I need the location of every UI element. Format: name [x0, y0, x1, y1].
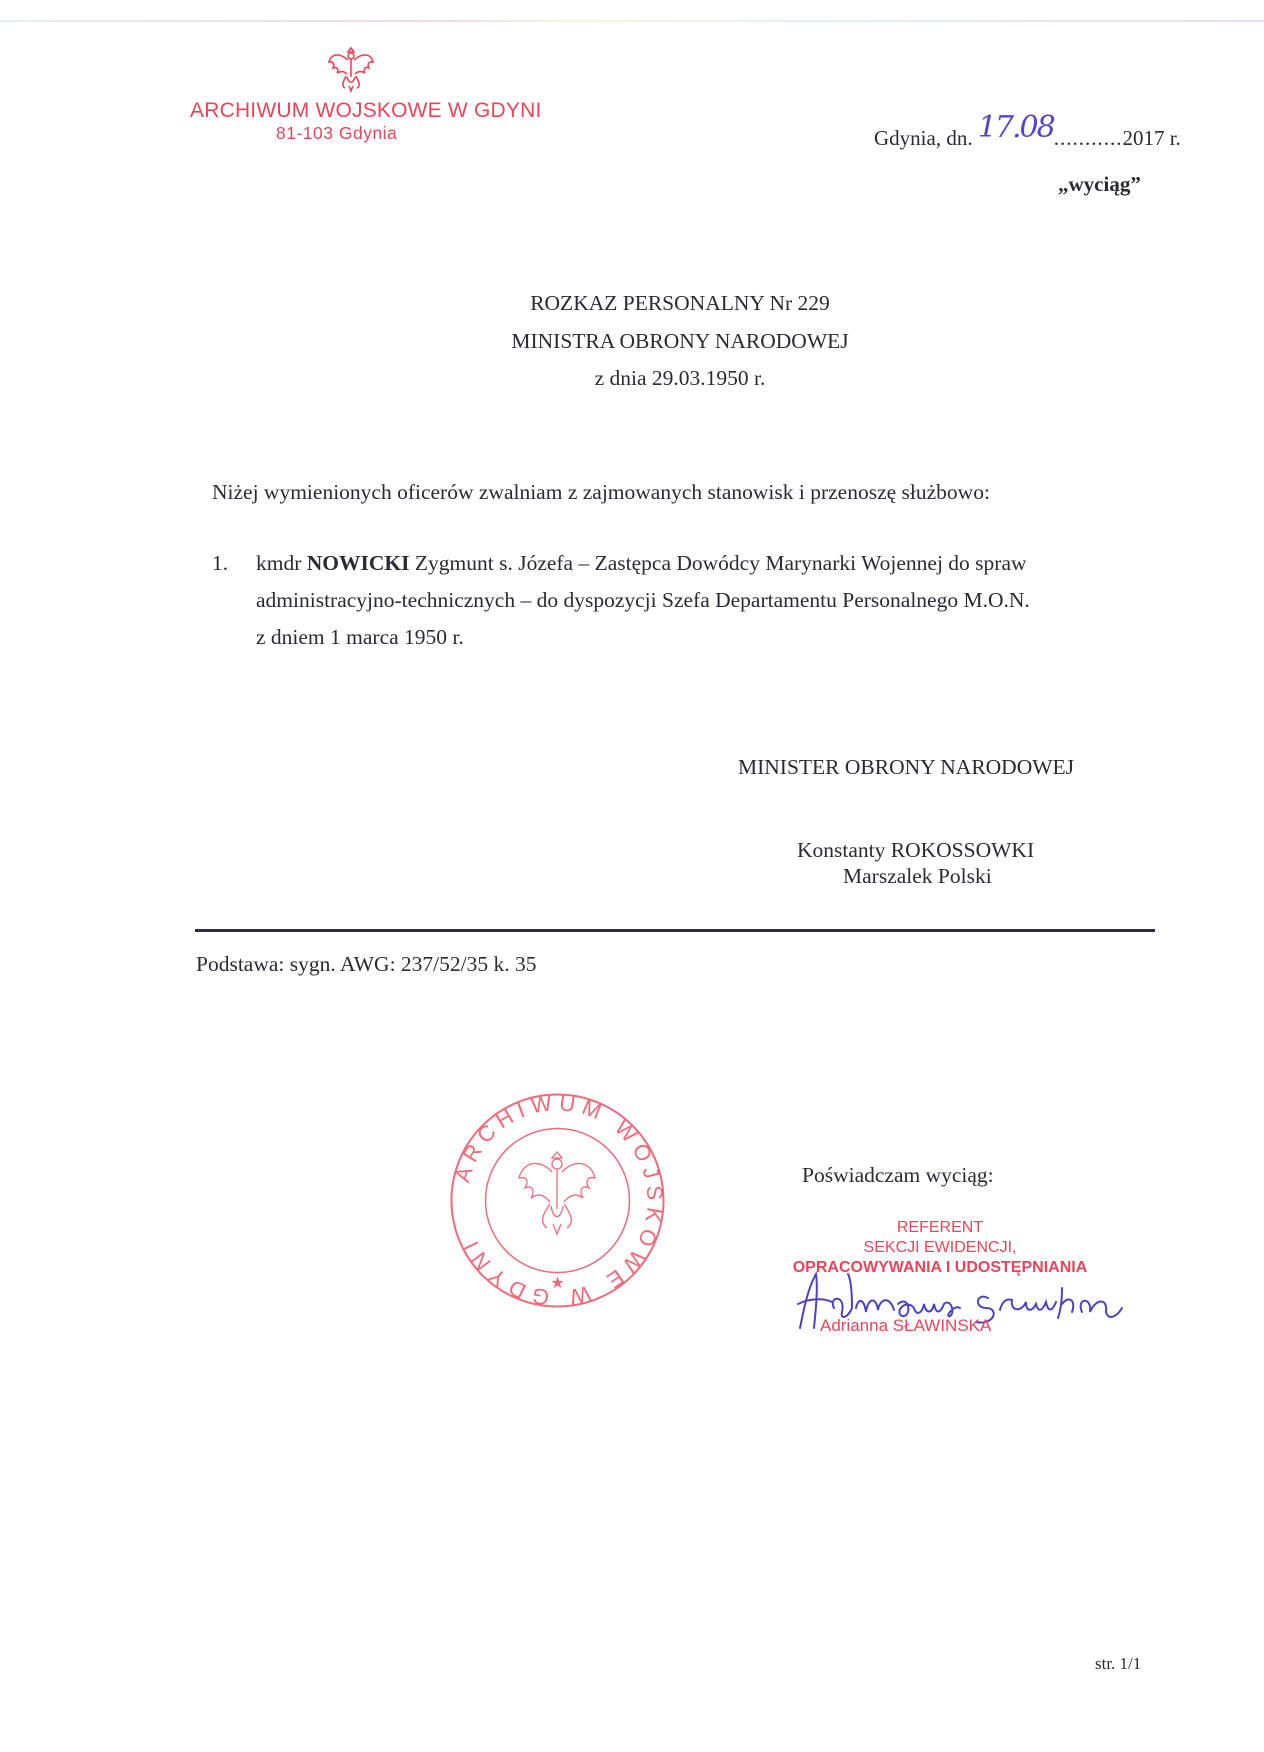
place-prefix: Gdynia, dn.	[874, 126, 973, 150]
star-icon: ★	[550, 1275, 564, 1292]
signatory-title: MINISTER OBRONY NARODOWEJ	[738, 755, 1074, 780]
officer-details: Zygmunt s. Józefa – Zastępca Dowódcy Mar…	[415, 551, 1027, 575]
stamp-line-2: SEKCJI EWIDENCJI,	[740, 1238, 1140, 1258]
archive-reference: Podstawa: sygn. AWG: 237/52/35 k. 35	[196, 952, 536, 977]
scan-edge-line	[0, 20, 1264, 22]
divider	[195, 929, 1155, 932]
date-year: 2017 r.	[1122, 126, 1180, 150]
list-item-line-1: kmdr NOWICKI Zygmunt s. Józefa – Zastępc…	[256, 551, 1027, 576]
signee-name: Adrianna SŁAWINSKA	[820, 1316, 991, 1336]
polish-eagle-icon	[325, 42, 377, 94]
list-item-line-2: administracyjno-technicznych – do dyspoz…	[256, 588, 1030, 613]
certification-label: Poświadczam wyciąg:	[802, 1163, 994, 1188]
signatory-name: Konstanty ROKOSSOWKI	[797, 838, 1034, 863]
list-item-number: 1.	[212, 551, 228, 576]
place-date: Gdynia, dn. 17.08...........2017 r.	[874, 118, 1181, 153]
officer-surname: NOWICKI	[307, 551, 410, 575]
round-seal-stamp: ARCHIWUM WOJSKOWE W GDYNI ★	[445, 1088, 670, 1313]
officer-rank: kmdr	[256, 551, 301, 575]
handwritten-date: 17.08	[978, 110, 1054, 145]
stamp-line-1: REFERENT	[740, 1218, 1140, 1238]
organization-name: ARCHIWUM WOJSKOWE W GDYNI	[190, 99, 541, 123]
extract-label: „wyciąg”	[1058, 172, 1141, 197]
page-number: str. 1/1	[1095, 1654, 1141, 1674]
organization-address: 81-103 Gdynia	[276, 123, 397, 144]
signatory-rank: Marszalek Polski	[843, 864, 992, 889]
order-date: z dnia 29.03.1950 r.	[0, 366, 1264, 391]
order-intro: Niżej wymienionych oficerów zwalniam z z…	[212, 480, 990, 505]
date-dots: ...........	[1054, 126, 1123, 150]
order-title: ROZKAZ PERSONALNY Nr 229	[0, 291, 1264, 316]
polish-eagle-icon	[519, 1152, 595, 1234]
order-issuer: MINISTRA OBRONY NARODOWEJ	[0, 329, 1264, 354]
list-item-line-3: z dniem 1 marca 1950 r.	[256, 625, 464, 650]
